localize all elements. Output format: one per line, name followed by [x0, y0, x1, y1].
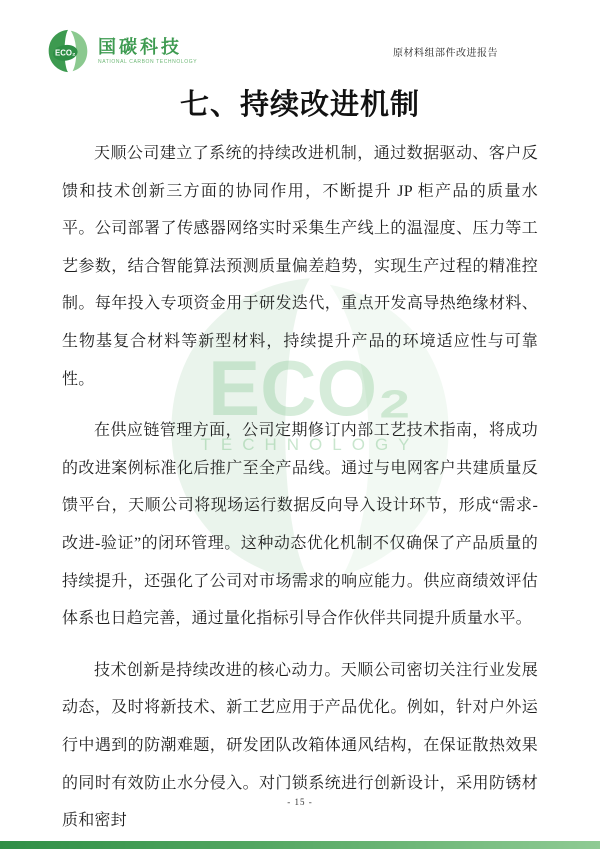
company-logo: ECO₂ 国碳科技 NATIONAL CARBON TECHNOLOGY — [45, 28, 197, 74]
report-page: ECO₂ TECHNOLOGY ECO₂ 国碳科技 NATIONAL CARBO… — [0, 0, 600, 849]
paragraph-1: 天顺公司建立了系统的持续改进机制，通过数据驱动、客户反馈和技术创新三方面的协同作… — [62, 135, 538, 398]
footer-green-bar — [0, 841, 600, 849]
document-body: 天顺公司建立了系统的持续改进机制，通过数据驱动、客户反馈和技术创新三方面的协同作… — [62, 135, 538, 849]
company-name: 国碳科技 — [98, 37, 197, 57]
eco-logo-icon: ECO₂ — [45, 28, 91, 74]
paragraph-3: 技术创新是持续改进的核心动力。天顺公司密切关注行业发展动态，及时将新技术、新工艺… — [62, 652, 538, 840]
section-title: 七、持续改进机制 — [0, 82, 600, 123]
header-report-label: 原材料组部件改进报告 — [393, 44, 498, 59]
paragraph-2: 在供应链管理方面，公司定期修订内部工艺技术指南，将成功的改进案例标准化后推广至全… — [62, 412, 538, 638]
page-number: - 15 - — [0, 797, 600, 807]
eco-badge-text: ECO₂ — [55, 49, 76, 58]
logo-text: 国碳科技 NATIONAL CARBON TECHNOLOGY — [98, 37, 197, 65]
company-subtitle: NATIONAL CARBON TECHNOLOGY — [98, 59, 197, 65]
